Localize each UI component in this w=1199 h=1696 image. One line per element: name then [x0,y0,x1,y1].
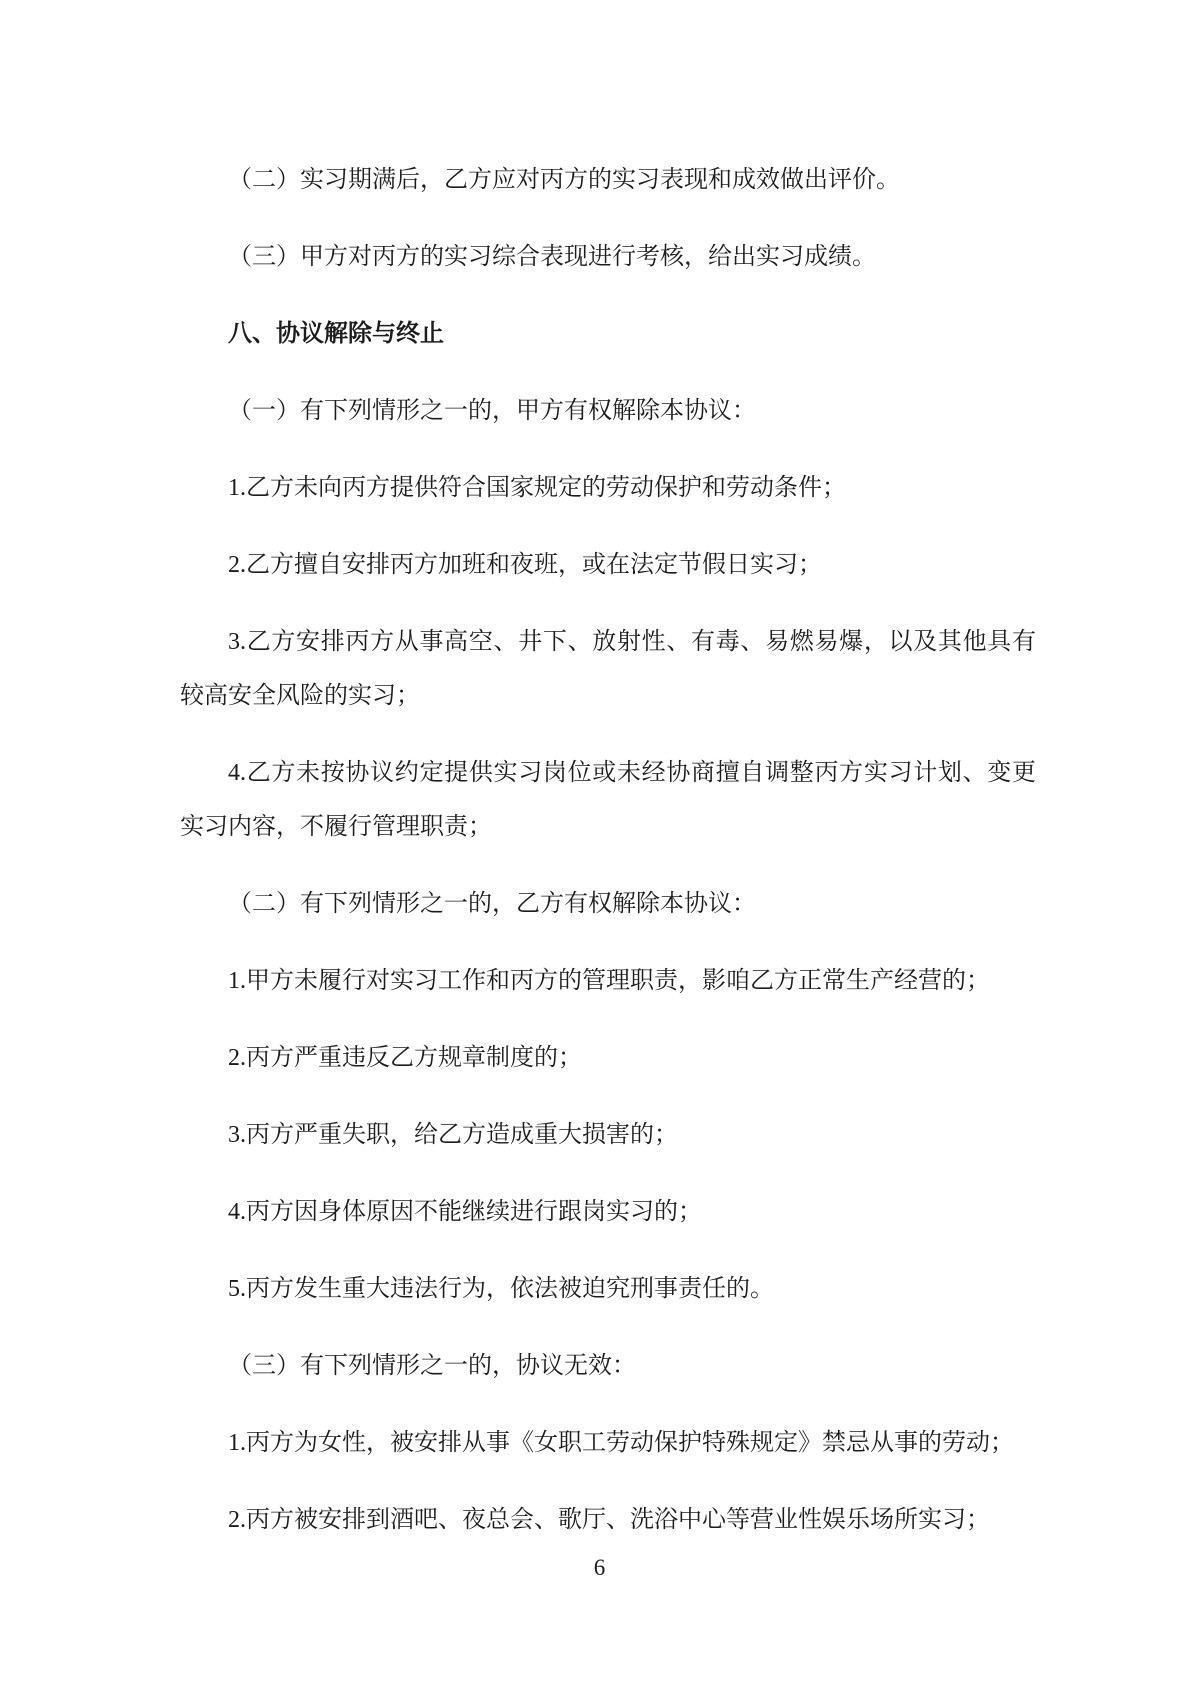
paragraph: 5.丙方发生重大违法行为，依法被迫究刑事责任的。 [180,1262,1036,1316]
section-heading: 八、协议解除与终止 [180,307,1036,361]
paragraph: （三）有下列情形之一的，协议无效： [180,1339,1036,1393]
paragraph: （二）实习期满后，乙方应对丙方的实习表现和成效做出评价。 [180,153,1036,207]
paragraph: 4.乙方未按协议约定提供实习岗位或未经协商擅自调整丙方实习计划、变更实习内容，不… [180,746,1036,854]
page-footer: 6 [0,1553,1199,1583]
paragraph: 4.丙方因身体原因不能继续进行跟岗实习的； [180,1185,1036,1239]
paragraph: （一）有下列情形之一的，甲方有权解除本协议： [180,384,1036,438]
paragraph: 2.丙方严重违反乙方规章制度的； [180,1031,1036,1085]
paragraph: 2.乙方擅自安排丙方加班和夜班，或在法定节假日实习； [180,538,1036,592]
document-page: （二）实习期满后，乙方应对丙方的实习表现和成效做出评价。（三）甲方对丙方的实习综… [0,0,1199,1696]
paragraph: 1.乙方未向丙方提供符合国家规定的劳动保护和劳动条件； [180,461,1036,515]
paragraph: 3.乙方安排丙方从事高空、井下、放射性、有毒、易燃易爆，以及其他具有较高安全风险… [180,615,1036,723]
paragraph: 2.丙方被安排到酒吧、夜总会、歌厅、洗浴中心等营业性娱乐场所实习； [180,1493,1036,1547]
paragraph: 1.甲方未履行对实习工作和丙方的管理职责，影咱乙方正常生产经营的； [180,954,1036,1008]
paragraph: （二）有下列情形之一的，乙方有权解除本协议： [180,877,1036,931]
paragraph: （三）甲方对丙方的实习综合表现进行考核，给出实习成绩。 [180,230,1036,284]
document-body: （二）实习期满后，乙方应对丙方的实习表现和成效做出评价。（三）甲方对丙方的实习综… [0,0,1199,1547]
page-number: 6 [594,1553,606,1583]
paragraph: 3.丙方严重失职，给乙方造成重大损害的； [180,1108,1036,1162]
paragraph: 1.丙方为女性，被安排从事《女职工劳动保护特殊规定》禁忌从事的劳动； [180,1416,1036,1470]
